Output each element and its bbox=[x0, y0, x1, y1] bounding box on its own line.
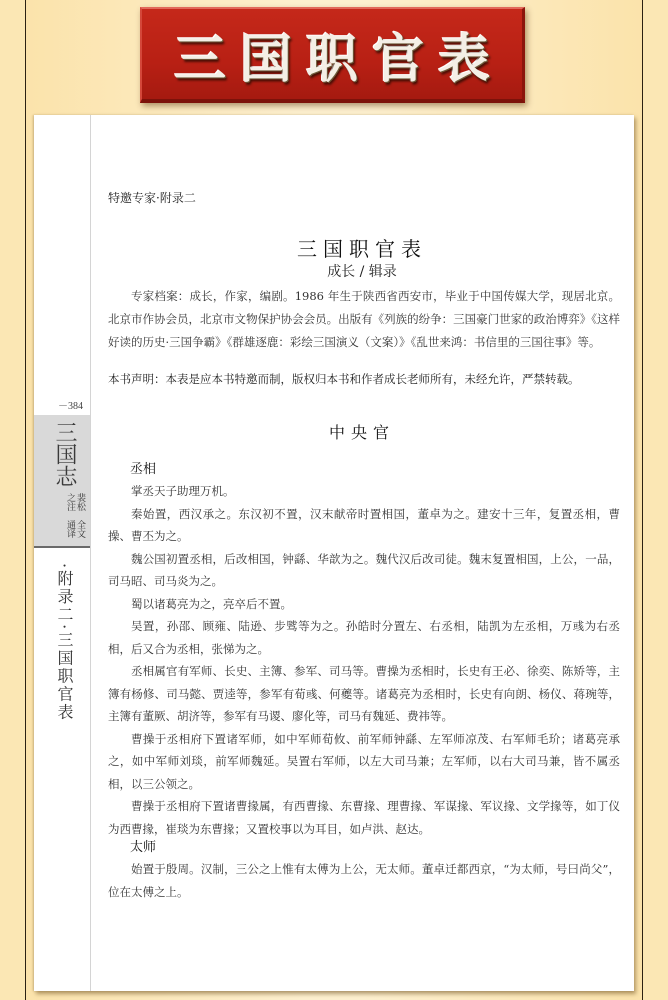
office-paragraph: 曹操于丞相府下置诸军师，如中军师荀攸、前军师钟繇、左军师凉茂、右军师毛玠；诸葛亮… bbox=[108, 728, 620, 796]
office-paragraph: 掌丞天子助理万机。 bbox=[108, 480, 620, 503]
title-banner: 三国职官表 bbox=[140, 7, 525, 103]
book-page: －384 三国志 裴松之注 全文通译 ·附录二·三国职官表 特邀专家·附录二 三… bbox=[34, 115, 634, 991]
office-paragraph: 始置于殷周。汉制，三公之上惟有太傅为上公，无太师。董卓迁都西京，“为太师，号曰尚… bbox=[108, 858, 620, 903]
side-book-tab: 三国志 裴松之注 全文通译 bbox=[34, 415, 90, 548]
side-book-title: 三国志 bbox=[48, 421, 76, 487]
running-head: 特邀专家·附录二 bbox=[108, 189, 196, 206]
office-paragraph: 秦始置，西汉承之。东汉初不置，汉末献帝时置相国，董卓为之。建安十三年，复置丞相，… bbox=[108, 503, 620, 548]
office-paragraph: 曹操于丞相府下置诸曹掾属，有西曹掾、东曹掾、理曹掾、军谋掾、军议掾、文学掾等，如… bbox=[108, 795, 620, 840]
author-bio: 专家档案：成长，作家，编剧。1986 年生于陕西省西安市，毕业于中国传媒大学，现… bbox=[108, 285, 620, 354]
document-author: 成长 / 辑录 bbox=[90, 261, 634, 281]
side-subtitle-line: 裴松之注 bbox=[65, 493, 85, 520]
section-title: 中央官 bbox=[90, 420, 634, 443]
office-paragraph: 吴置，孙邵、顾雍、陆逊、步骘等为之。孙皓时分置左、右丞相，陆凯为左丞相，万彧为右… bbox=[108, 615, 620, 660]
office-entry-chengxiang: 丞相 掌丞天子助理万机。 秦始置，西汉承之。东汉初不置，汉末献帝时置相国，董卓为… bbox=[108, 460, 620, 840]
side-subtitle-line: 全文通译 bbox=[65, 520, 85, 547]
office-paragraph: 蜀以诸葛亮为之，亮卒后不置。 bbox=[108, 593, 620, 616]
office-paragraph: 魏公国初置丞相，后改相国，钟繇、华歆为之。魏代汉后改司徒。魏末复置相国，上公，一… bbox=[108, 548, 620, 593]
office-paragraph: 丞相属官有军师、长史、主簿、参军、司马等。曹操为丞相时，长史有王必、徐奕、陈矫等… bbox=[108, 660, 620, 728]
side-book-subtitle: 裴松之注 全文通译 bbox=[65, 493, 85, 546]
side-section-label: ·附录二·三国职官表 bbox=[54, 563, 74, 721]
banner-title: 三国职官表 bbox=[160, 17, 504, 92]
office-name: 太师 bbox=[108, 838, 620, 858]
copyright-notice: 本书声明：本表是应本书特邀而制，版权归本书和作者成长老师所有，未经允许，严禁转载… bbox=[108, 369, 620, 389]
page-number: －384 bbox=[58, 397, 83, 412]
document-title: 三国职官表 bbox=[90, 233, 634, 262]
office-entry-taishi: 太师 始置于殷周。汉制，三公之上惟有太傅为上公，无太师。董卓迁都西京，“为太师，… bbox=[108, 838, 620, 903]
office-name: 丞相 bbox=[108, 460, 620, 480]
